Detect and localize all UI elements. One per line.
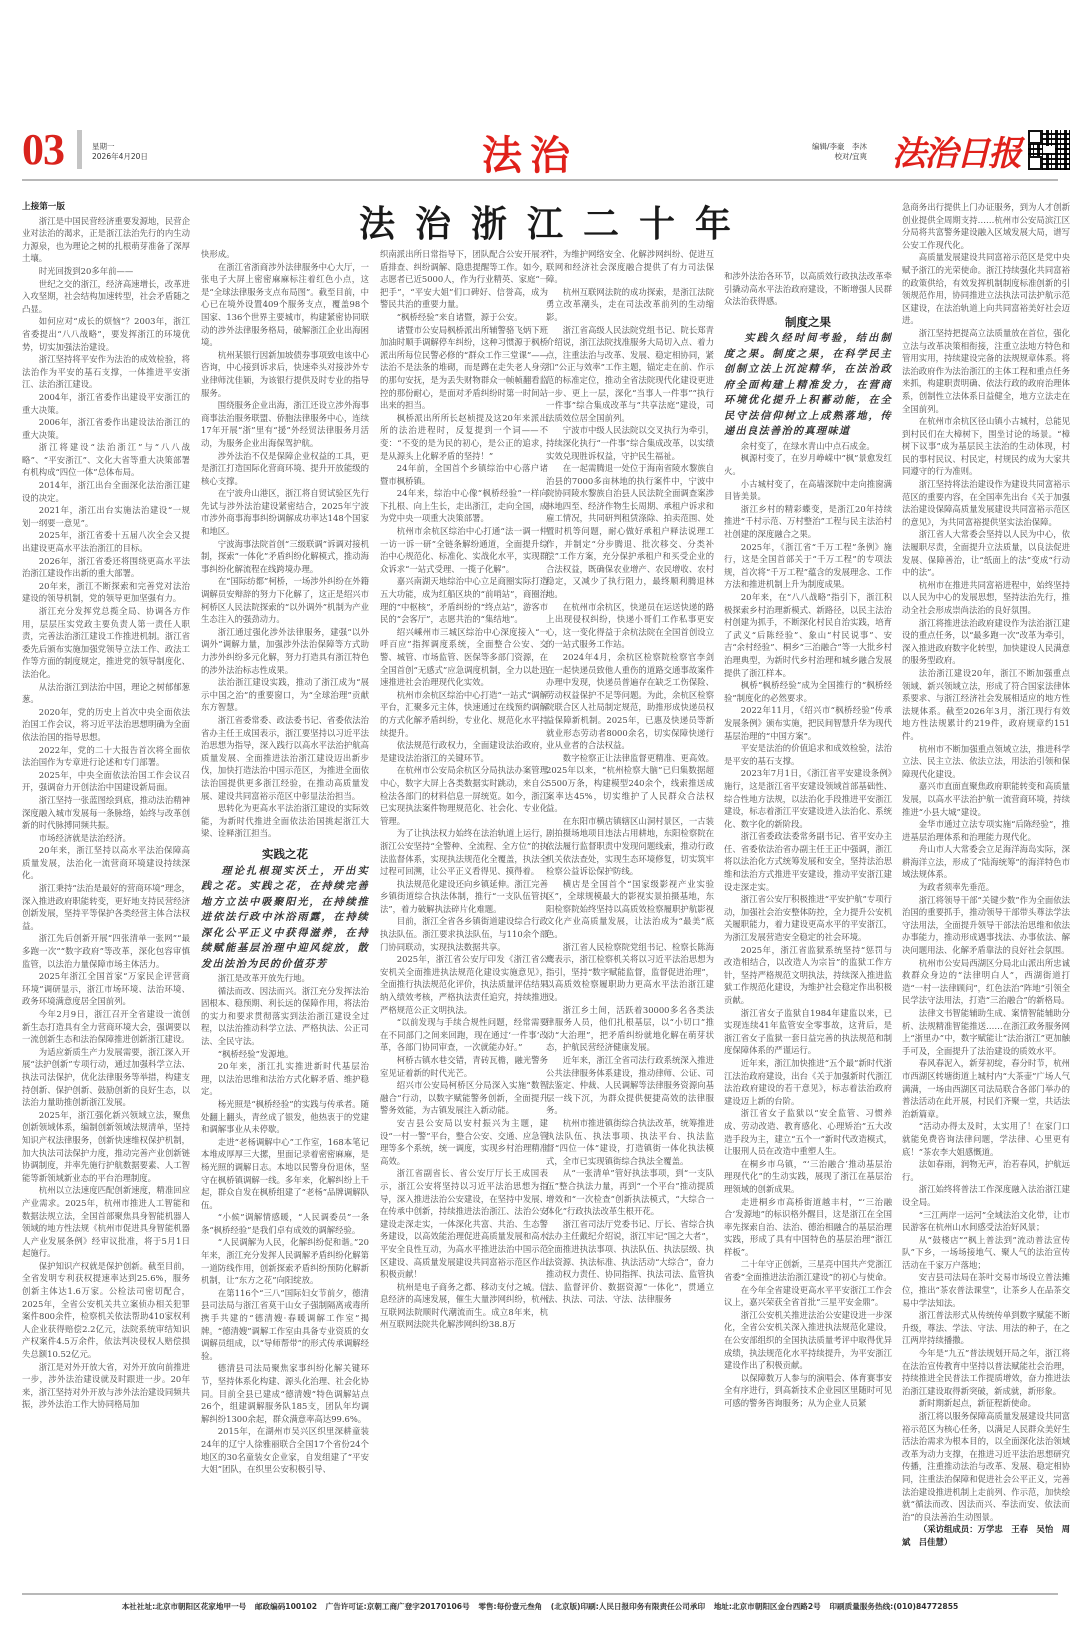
article-paragraph: 2025年，浙江省公安厅印发《浙江省公安机关全面推进执法规范化建设实施意见》，全… (380, 953, 548, 1016)
article-paragraph: 循法而改、因法而兴。浙江充分发挥法治固根本、稳预期、利长远的保障作用，将法治的实… (201, 985, 369, 1048)
article-paragraph: 在杭州市余杭区，快递员在运送快递的路上出现侵权纠纷，快递小哥们工作私事更安心，这… (546, 601, 714, 651)
article-paragraph: 走进“老杨调解中心”工作室，168本笔记本堆成厚厚三大摞，里面记录着密密麻麻，是… (201, 1136, 369, 1212)
article-paragraph: 浙江省女子监狱自1984年建监以来，已实现连续41年监管安全零事故，这背后，是浙… (724, 1007, 892, 1057)
article-paragraph: 舟山市人大常委会立足海洋海岛实际，深耕海洋立法，形成了“陆海统筹”的海洋特色市域… (902, 843, 1070, 881)
article-paragraph: 依法规范行政权力，全面建设法治政府，是建设法治浙江的关键环节。 (380, 739, 548, 764)
article-paragraph: 为适应新质生产力发展需要，浙江深入开展“法护创新”专项行动，通过加强科学立法、执… (22, 1046, 190, 1109)
article-paragraph: 浙江乡村的精彩蝶变，是浙江20年持续推进“千村示范、万村整治”工程与民主法治村社… (724, 503, 892, 541)
article-paragraph: “枫桥经验”发源地。 (201, 1048, 369, 1061)
article-paragraph: 在一起需腾退一处位于海南省陵水黎族自治县的7000多亩林地的执行案件中，宁波中院… (546, 462, 714, 601)
article-paragraph: 平安是法治的价值追求和成效检验，法治是平安的基石支撑。 (724, 742, 892, 767)
article-column-3: 织南派出所日常指导下，团队配合公安开展矛盾排查、纠纷调解、隐患提醒等工作。如今，… (380, 248, 548, 1589)
proofreader-line: 校对/宜爽 (812, 152, 867, 162)
article-paragraph: 2025年，浙江省委十五届八次全会又提出建设更高水平法治浙江的目标。 (22, 529, 190, 554)
imprint-footer: 本社社址:北京市朝阳区花家地甲一号 邮政编码100102 广告许可证:京朝工商广… (0, 1601, 1080, 1612)
article-paragraph-continued: 急商务出行提供上门办证服务，到为人才创新创业提供全周期支持……杭州市公安局滨江区… (902, 201, 1070, 251)
article-paragraph: 安吉县公安局以安村振兴为主题，建设“一村一警”平台，整合公安、交通、应急管理等多… (380, 1117, 548, 1167)
article-paragraph: 高质量发展建设共同富裕示范区是党中央赋予浙江的光荣使命。浙江持续强化共同富裕的政… (902, 251, 1070, 327)
article-paragraph: 数字检察正让法律监督更精准、更高效。2025年以来，“杭州检察大脑”已归集数据超… (546, 752, 714, 815)
article-column-2: 快形成。在浙江省浙商涉外法律服务中心大厅，一张电子大屏上密密麻麻标注着红色小点，… (201, 248, 369, 1589)
masthead: 03 星期一 2026年4月20日 法治 编辑/李豪 李沐 校对/宜爽 法治日报 (22, 128, 1058, 180)
article-paragraph: 浙江乡土间，活跃着30000多名各类法律服务人员，他们扎根基层，以“小切口”推动… (546, 1004, 714, 1054)
article-paragraph: 杭州某银行因新加坡债券事项致电该中心咨询，中心接到诉求后，快速牵头对接涉外专业律… (201, 349, 369, 399)
article-paragraph: 在杭州市公安局余杭区分局执法办案管理中心，数字大屏上各类数据实时跳动，来自公检法… (380, 764, 548, 827)
article-paragraph-continued: 织南派出所日常指导下，团队配合公安开展矛盾排查、纠纷调解、隐患提醒等工作。如今，… (380, 248, 548, 311)
article-paragraph: 杭州市公安局西湖区分局北山派出所忠诚救群众身边的“法律明白人”，西湖街道打造“一… (902, 957, 1070, 1007)
article-paragraph: 近年来，浙江全省司法行政系统深入推进公共法律服务体系建设，推动律师、公证、司法鉴… (546, 1054, 714, 1117)
article-paragraph: 浙江省人大常委会坚持以人民为中心，依法履职尽责，全面提升立法质量，以良法促进发展… (902, 528, 1070, 578)
article-paragraph: 浙江公安机关推进法治公安建设进一步深化，全省公安机关深入推进执法规范化建设，在公… (724, 1309, 892, 1372)
article-paragraph: 绍兴市公安局柯桥区分局深入实施“数智融合”行动，以数字赋能警务创新，全面提升警务… (380, 1079, 548, 1117)
article-column-4: 件，为维护网络安全、化解涉网纠纷、促进互联网和经济社会深度融合提供了有力司法保障… (546, 248, 714, 1589)
article-paragraph: “人民调解为人民，化解纠纷促和谐。”20年来，浙江充分发挥人民调解矛盾纠纷化解第… (201, 1236, 369, 1286)
qr-code-icon[interactable] (1028, 130, 1070, 170)
article-paragraph: 浙江将以服务保障高质量发展建设共同富裕示范区为核心任务，以满足人民群众美好生活法… (902, 1410, 1070, 1523)
article-paragraph: 宁波市中级人民法院以交叉执行为牵引，持续深化执行“一件事”综合集成改革，以实绩实… (546, 424, 714, 462)
article-paragraph: 从“鼓楼店”“枫上普法到”流动普法宣传队”下乡，一场场接地气、聚人气的法治宣传活… (902, 1234, 1070, 1272)
article-paragraph-continued: 件，为维护网络安全、化解涉网纠纷、促进互联网和经济社会深度融合提供了有力司法保障… (546, 248, 714, 286)
article-paragraph: 横店是全国首个“国家级影视产业实验区”，全球规模最大的影视实景拍摄基地，东阳检察… (546, 878, 714, 941)
page-number: 03 (22, 128, 64, 172)
article-paragraph: 以保障数万人参与的演唱会、体育赛事安全有序进行，到高新技术企业园区里随时可见可感… (724, 1372, 892, 1410)
article-paragraph: 浙江省人民检察院党组书记、检察长陈海鹰表示，浙江检察机关将以习近平法治思想为指引… (546, 941, 714, 1004)
article-paragraph: “三江两岸一运河”全域法治文化带，让市民游客在杭州山水间感受法治好风景； (902, 1209, 1070, 1234)
article-paragraph: 思转化为更高水平法治浙江建设的实际效能，为新时代推进全面依法治国挑起浙江大梁、诠… (201, 802, 369, 840)
article-paragraph: 杭州以立法速度匹配创新速度，精准回应产业需求。2025年，杭州市推进人工智能和数… (22, 1184, 190, 1260)
article-paragraph: 在浙江省浙商涉外法律服务中心大厅，一张电子大屏上密密麻麻标注着红色小点，这是“全… (201, 261, 369, 349)
footer-hotline: 印刷质量服务热线:(010)84772855 (829, 1602, 958, 1611)
article-paragraph: 2015年，在湖州市吴兴区织里深耕童装24年的辽宁人徐雅丽联合全国17个省份24… (201, 1425, 369, 1475)
footer-rule (22, 1593, 1058, 1595)
article-paragraph: 涉外法治不仅是保障企业权益的工具，更是浙江打造国际化营商环境、提升开放能级的核心… (201, 450, 369, 488)
section-subheading: 制度之果 (724, 316, 892, 329)
article-paragraph: 浙江普法形式从传统传单到数字赋能不断升级，尊法、学法、守法、用法的种子，在之江两… (902, 1309, 1070, 1347)
article-paragraph: 围绕服务企业出海，浙江还设立涉外海事商事法治服务联盟、侨胞法律服务中心，连续17… (201, 399, 369, 449)
footer-price: 零售:每份壹元叁角 (478, 1602, 542, 1611)
article-paragraph: 2022年，党的二十大报告首次将全面依法治国作为专章进行论述和专门部署。 (22, 744, 190, 769)
section-deck: 理论扎根现实沃土，开出实践之花。实践之花，在持续完善地方立法中吸聚阳光，在持续推… (201, 864, 369, 973)
article-paragraph: 2006年，浙江省委作出建设法治浙江的重大决策。 (22, 416, 190, 441)
article-paragraph: 2014年，浙江出台全面深化法治浙江建设的决定。 (22, 479, 190, 504)
article-paragraph: 20年来，浙江不断探索和完善党对法治建设的领导机制，党的领导更加坚强有力。 (22, 580, 190, 605)
article-paragraph: 金华市通过立法专项实施“后陈经验”，推进基层治理体系和治理能力现代化。 (902, 818, 1070, 843)
article-paragraph: 杭州是电子商务之都、移动支付之城。信息经济的高速发展，催生大量涉网纠纷，杭州互联… (380, 1281, 548, 1331)
article-paragraph: 2025年，中央全面依法治国工作会议召开，强调奋力开创法治中国建设新局面。 (22, 769, 190, 794)
article-paragraph: 浙江先后创新开展“四张清单一张网”“最多跑一次”“数字政府”等改革，深化包容审慎… (22, 932, 190, 970)
article-paragraph: 浙江省高级人民法院党组书记、院长郑青介绍说，浙江法院找准服务大局切入点、着力点，… (546, 324, 714, 425)
article-column-1: 上接第一版浙江是中国民营经济重要发源地，民营企业对法治的渴求，正是浙江法治先行的… (22, 201, 190, 1589)
article-paragraph: 绍兴嵊州市三城区综治中心深度接入“一呼百应”指挥调度系统，全面整合公安、交警、城… (380, 626, 548, 689)
newspaper-logo: 法治日报 (892, 126, 1020, 175)
article-paragraph: “枫桥经验”来自诸暨，源于公安。 (380, 311, 548, 324)
article-paragraph: 2004年，浙江省委作出建设平安浙江的重大决策。 (22, 391, 190, 416)
article-paragraph: 24年前，全国首个乡镇综治中心落户诸暨市枫桥镇。 (380, 462, 548, 487)
article-paragraph: 在今年全省建设更高水平平安浙江工作会议上，嘉兴荣获全省首批“三星平安金鼎”。 (724, 1284, 892, 1309)
article-paragraph: 从“一张清单”管好执法事项，到“一支队伍”整合执法力量，再到“一个平台”推动提质… (546, 1167, 714, 1217)
article-paragraph: 柯桥古镇水巷交错，青砖瓦檐，融光警务室见证着新的时代光芒。 (380, 1054, 548, 1079)
article-paragraph: 枫源村变了，在岁月峥嵘中“枫”景愈发红火。 (724, 452, 892, 477)
article-paragraph: 20年来，在“八八战略”指引下，浙江积极探索乡村治理新模式、新路径，以民主法治村… (724, 591, 892, 679)
article-paragraph: 浙江省委政法委常务副书记、省平安办主任、省委依法治省办副主任王正中强调，浙江将以… (724, 830, 892, 893)
footer-ad-license: 广告许可证:京朝工商广登字20170106号 (326, 1602, 470, 1611)
article-paragraph: 今年是“九五”普法规划开局之年，浙江将在法治宣传教育中坚持以普法赋能社会治理，持… (902, 1347, 1070, 1397)
article-paragraph: 杨光照是“枫桥经验”的实践与传承者。随处翻上翻头，青丝成了银发，他热衷于的党建和… (201, 1098, 369, 1136)
article-paragraph: 在杭州市余杭区径山镇小古城村，总能见到村民们在大樟树下，围坐讨论的场景。“樟树下… (902, 415, 1070, 478)
article-paragraph: 枫桥派出所所长赵桢提及这20年来派出所的法治进程时，反复提到一个词——不变：“不… (380, 412, 548, 462)
article-paragraph: 诸暨市公安局枫桥派出所辅警骆飞炳下班加油时顺手调解停车纠纷，这种习惯源于枫桥派出… (380, 324, 548, 412)
article-paragraph: 20年来，浙江扎实推进新时代基层治理，以法治思维和法治方式化解矛盾、维护稳定。 (201, 1060, 369, 1098)
article-paragraph: 法治浙江建设20年，浙江不断加强重点领域、新兴领域立法，形成了符合国家法律体系要… (902, 667, 1070, 743)
section-subheading: 实践之花 (201, 848, 369, 861)
issue-date: 2026年4月20日 (92, 152, 148, 162)
article-paragraph: 市场经济就是法治经济。 (22, 832, 190, 845)
article-paragraph: 浙江坚持将平安作为法治的成效检验，将法治作为平安的基石支撑，一体推进平安浙江、法… (22, 353, 190, 391)
section-deck: 实践久经时间考验，结出制度之果。制度之果，在科学民主创制立法上沉淀精华，在法治政… (724, 331, 892, 440)
article-paragraph: 枫桥“枫桥经验”成为全国推行的“枫桥经验”制度化的必然要求。 (724, 679, 892, 704)
article-paragraph: 2025年，浙江强化新兴领域立法，聚焦创新领域体系，编制创新领域法规清单，坚持知… (22, 1109, 190, 1185)
article-paragraph: 2025年浙江全国首家“万家民企评营商环境”调研显示，浙江市场环境、法治环境、政… (22, 970, 190, 1008)
footer-address: 本社社址:北京市朝阳区花家地甲一号 (122, 1602, 247, 1611)
article-paragraph: 浙江是改革开放先行地。 (201, 972, 369, 985)
article-paragraph: 嘉兴市直面直聚焦政府职能转变和高质量发展，以高水平法治护航一流营商环境，持续推进… (902, 780, 1070, 818)
editor-credits: 编辑/李豪 李沐 校对/宜爽 (812, 142, 867, 162)
article-paragraph: 执法规范化建设还向乡镇延伸。浙江完善乡镇街道综合执法体制，推行“一支队伍管执法”… (380, 878, 548, 916)
article-paragraph: 在宁波舟山港区，浙江将自贸试验区先行先试与涉外法治建设紧密结合，2025年宁波市… (201, 487, 369, 537)
article-paragraph: 在桐乡市乌镇，“‘三治融合’推动基层治理现代化”的生动实践，展现了浙江在基层治理… (724, 1158, 892, 1196)
article-paragraph: 小古城村变了，在高墙深院中走向推窗满目皆美景。 (724, 478, 892, 503)
article-paragraph: 2025年，《浙江省“千万工程”条例》施行，这是全国首部关于“千万工程”的专项法… (724, 541, 892, 591)
article-paragraph-continued: 和涉外法治各环节，以高质效行政执法改革牵引撬动高水平法治政府建设，不断增强人民群… (724, 270, 892, 308)
header-rule (22, 179, 1058, 181)
article-paragraph: 杭州市在推进共同富裕进程中，始终坚持以人民为中心的发展思想，坚持法治先行，推动全… (902, 579, 1070, 617)
article-paragraph: 从法治浙江到法治中国，理论之树郁郁葱葱。 (22, 681, 190, 706)
article-paragraph: 目前，浙江全省各乡镇街道建设综合行政执法队伍。浙江要求执法队伍，与110余个部门… (380, 915, 548, 953)
article-paragraph: 浙江省委常委、政法委书记、省委依法治省办主任王成国表示，浙江要坚持以习近平法治思… (201, 714, 369, 802)
article-paragraph: 杭州市余杭区综治中心打通“法一调一仲一访一诉一研”全链条解纷通道，全面提升综治中… (380, 525, 548, 575)
article-paragraph: “活动办得太及时，太实用了！在家门口就能免费咨询法律问题，学法律、心里更有底！”… (902, 1120, 1070, 1158)
article-paragraph: 安吉县司法局在茶叶交易市场设立普法摊位，推出“茶农普法课堂”，让茶乡人在品茶交易… (902, 1271, 1070, 1309)
continued-from-label: 上接第一版 (22, 201, 190, 214)
weekday: 星期一 (92, 142, 148, 152)
article-paragraph: 20年来，浙江坚持以高水平法治保障高质量发展，法治化一流营商环境建设持续深化。 (22, 844, 190, 882)
article-paragraph: 世纪之交的浙江，经济高速增长，改革进入攻坚期，社会结构加速转型，社会矛盾随之凸显… (22, 278, 190, 316)
article-paragraph: 德清县司法局聚焦家事纠纷化解关键环节，坚持体系化构建、源头化治理、社会化协同。目… (201, 1362, 369, 1425)
reporting-team-credit: （采访组成员：万学忠 王春 吴怡 周斌 吕佳慧） (902, 1523, 1070, 1548)
footer-printer: (北京版)印刷:人民日报印务有限责任公司承印 (551, 1602, 705, 1611)
article-paragraph: 浙江将建设“法治浙江”与“八八战略”、“平安浙江”、文化大省等重大决策部署有机构… (22, 441, 190, 479)
article-paragraph: 法治浙江建设实践，推动了浙江成为“展示中国之治”的重要窗口，为“全球治理”贡献东… (201, 676, 369, 714)
article-paragraph: 浙江坚持将法治建设作为建设共同富裕示范区的重要内容，在全国率先出台《关于加强法治… (902, 478, 1070, 528)
article-paragraph: 2021年，浙江出台实施法治建设“一规划一纲要一意见”。 (22, 504, 190, 529)
section-title: 法治 (482, 124, 578, 181)
article-paragraph: 为了让执法权力始终在法治轨道上运行，浙江公安坚持“全警种、全流程、全方位”的执法… (380, 827, 548, 877)
article-paragraph: 浙江是对外开放大省，对外开放向前推进一步，涉外法治建设就及时跟进一步。20年来，… (22, 1361, 190, 1411)
article-paragraph: 杭州市不断加强重点领域立法，推进科学立法、民主立法、依法立法，用法治引领和保障现… (902, 743, 1070, 781)
article-paragraph: 浙江将推进法治政府建设作为法治浙江建设的重点任务，以“最多跑一次”改革为牵引，深… (902, 617, 1070, 667)
article-paragraph: 浙江省司法厅党委书记、厅长、省综合执法办主任戴纪介绍说，浙江牢记“国之大者”，全… (546, 1218, 714, 1306)
article-paragraph: 杭州互联网法院的成功探索，是浙江法院勇立改革潮头，走在司法改革前列的生动缩影。 (546, 286, 714, 324)
article-paragraph: 24年来，综治中心像“枫桥经验”一样向下扎根、向上生长，走出浙江，走向全国，成为… (380, 487, 548, 525)
article-paragraph: 浙江将领导干部“关键少数”作为全面依法治国的重要抓手，推动领导干部带头尊法学法守… (902, 894, 1070, 957)
article-paragraph: 2023年7月1日，《浙江省平安建设条例》施行，这是浙江省平安建设领域首部基础性… (724, 767, 892, 830)
article-paragraph: 在“国际纺都”柯桥，一场涉外纠纷在外籍调解员安辩辞的努力下化解了，这正是绍兴市柯… (201, 575, 369, 625)
article-paragraph: 时光回拨到20多年前—— (22, 265, 190, 278)
article-paragraph: 法律文书智能辅助生成、案情智能辅助分析、法规精准智能推送……在浙江政务服务网上“… (902, 1007, 1070, 1057)
article-paragraph: 余村变了，在绿水青山中点石成金。 (724, 440, 892, 453)
article-paragraph: 新时期新起点，新征程新使命。 (902, 1397, 1070, 1410)
article-paragraph: 二十年守正创新，三星亮中国共产党浙江省委“全面推进法治浙江建设”的初心与使命。 (724, 1258, 892, 1283)
article-paragraph: 在第116个“三八”国际妇女节前夕，德清县司法局与浙江省莫干山女子强制隔离戒毒所… (201, 1287, 369, 1363)
article-paragraph: 浙江充分发挥党总揽全局、协调各方作用，层层压实党政主要负责人第一责任人职责，完善… (22, 605, 190, 681)
date-block: 星期一 2026年4月20日 (92, 142, 148, 162)
article-paragraph: 宁波海事法院首创“三级联调”诉调对接机制，探索“一体化”矛盾纠纷化解模式，推动海… (201, 538, 369, 576)
article-paragraph: 浙江坚持把提高立法质量放在首位，强化立法与改革决策相衔接，注重立法地方特色和管用… (902, 327, 1070, 415)
footer-postcode: 邮政编码100102 (255, 1602, 317, 1611)
article-paragraph: 浙江通过强化涉外法律服务，建强“以外调外”调解力量，加强涉外法治保障等方式助力涉… (201, 626, 369, 676)
article-paragraph: 2020年，党的历史上首次中央全面依法治国工作会议，将习近平法治思想明确为全面依… (22, 706, 190, 744)
article-paragraph: 保护知识产权就是保护创新。截至目前，全省发明专利获权提速率达到25.6%，服务创… (22, 1260, 190, 1361)
article-paragraph: “小候”调解情感暖，“人民调委员”一条条“枫桥经验”是我们卓有成效的调解经验。 (201, 1211, 369, 1236)
article-paragraph: 2026年，浙江省委还将围绕更高水平法治浙江建设作出新的重大部署。 (22, 555, 190, 580)
qr-code-center (1043, 146, 1055, 153)
article-paragraph: 杭州市余杭区综治中心打造“一站式”调解平台，汇聚多元主体，快速通过在线预约调解的… (380, 689, 548, 739)
footer-print-address: 地址:北京市朝阳区金台西路2号 (714, 1602, 821, 1611)
article-paragraph: 如何应对“成长的烦恼”？2003年，浙江省委提出“八八战略”，要发挥浙江的环境优… (22, 315, 190, 353)
article-paragraph: 2024年4月，余杭区检察院检察官李剑在一起快递员致他人重伤的道路交通事故案件办… (546, 651, 714, 752)
article-paragraph: 2022年11月，《绍兴市“枫桥经验”传承发展条例》颁布实施，把民间智慧升华为现… (724, 704, 892, 742)
article-paragraph: 2025年，浙江省监狱系统坚持“惩罚与改造相结合，以改造人为宗旨”的监狱工作方针… (724, 944, 892, 1007)
article-paragraph: 为政者须率先垂范。 (902, 881, 1070, 894)
article-paragraph: 浙江省女子监狱以“安全监管、习惯养成、劳动改造、教育感化、心理矫治”五大改造手段… (724, 1107, 892, 1157)
article-paragraph: 法如春雨，润物无声，治若春风，护航远行。 (902, 1158, 1070, 1183)
article-paragraph: 春风春泥入，新芽初绽，春分时节，杭州市西湖区转塘街道上城村内“大茶壶”广场人气满… (902, 1057, 1070, 1120)
article-paragraph: 浙江秉持“法治是最好的营商环境”理念，深入推进政府职能转变，更好地支持民营经济创… (22, 882, 190, 932)
article-paragraph: “以前发现与手续合规性问题，经常需要在不同部门之间来回跑，现在通过‘一件事’改革… (380, 1016, 548, 1054)
article-column-6: 急商务出行提供上门办证服务，到为人才创新创业提供全周期支持……杭州市公安局滨江区… (902, 201, 1070, 1589)
article-paragraph: 在东阳市横店镇辖区山洞村景区，一古装剧拍摄场地项目违法占用耕地，东阳检察院在依法… (546, 815, 714, 878)
article-paragraph: 杭州市推进镇街综合执法改革，统筹推进执法队伍、执法事项、执法平台、执法监督“四位… (546, 1117, 714, 1167)
article-paragraph: 走进桐乡市高桥街道越丰村，“‘三治融合’发源地”的标识格外醒目，这是浙江在全国率… (724, 1196, 892, 1259)
article-paragraph: 浙江坚持一张蓝图绘到底，推动法治精神深度融入城市发展每一条脉络，始终与改革创新的… (22, 794, 190, 832)
article-paragraph: 浙江省公安厅积极推进“平安护航”专项行动，加强社会治安整体防控，全力提升公安机关… (724, 893, 892, 943)
article-paragraph: 浙江省副省长、省公安厅厅长王成国表示，浙江公安将坚持以习近平法治思想为指导，深入… (380, 1167, 548, 1280)
editors-line: 编辑/李豪 李沐 (812, 142, 867, 152)
article-paragraph: 浙江始终将普法工作深度融入法治浙江建设全局。 (902, 1183, 1070, 1208)
page-number-divider (77, 130, 82, 169)
article-paragraph: 今年2月9日，浙江召开全省建设一流创新生态打造具有全力营商环境大会，强调要以一流… (22, 1008, 190, 1046)
article-paragraph: 近年来，浙江加快推进“五个最”新时代浙江法治政府建设，出台《关于加强新时代浙江法… (724, 1057, 892, 1107)
article-column-5: 和涉外法治各环节，以高质效行政执法改革牵引撬动高水平法治政府建设，不断增强人民群… (724, 270, 892, 1589)
article-paragraph-continued: 快形成。 (201, 248, 369, 261)
article-paragraph: 浙江是中国民营经济重要发源地，民营企业对法治的渴求，正是浙江法治先行的内生动力源… (22, 215, 190, 265)
article-paragraph: 嘉兴南湖天地综治中心立足商圈实际打造五大功能，成为红船区块的“前哨站”，商圈治理… (380, 575, 548, 625)
